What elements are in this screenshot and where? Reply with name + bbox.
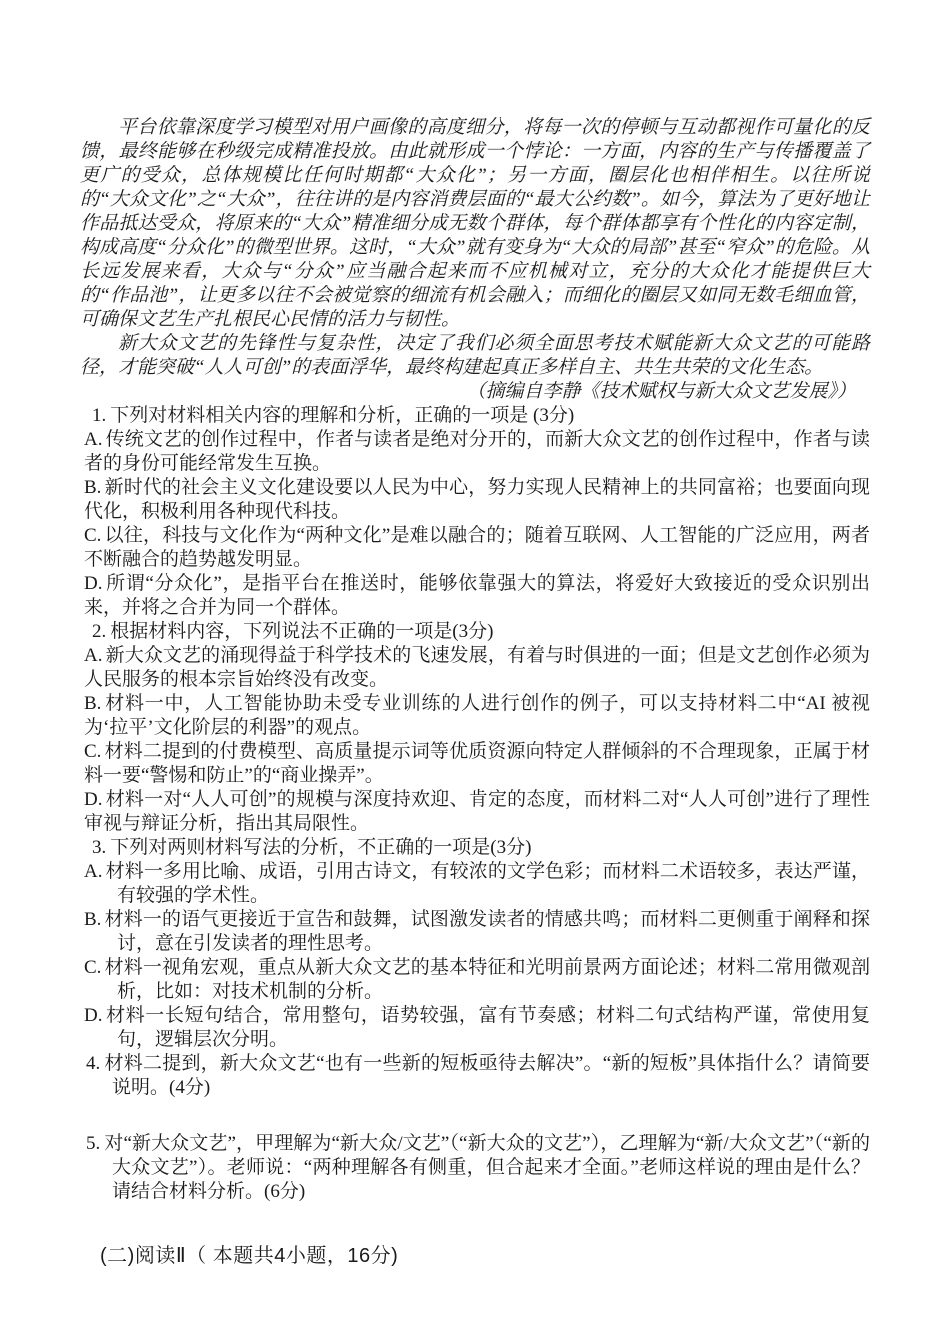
- option-text: 以往，科技与文化作为“两种文化”是难以融合的；随着互联网、人工智能的广泛应用，两…: [84, 525, 870, 570]
- option-text: 材料一多用比喻、成语，引用古诗文，有较浓的文学色彩；而材料二术语较多，表达严谨，…: [105, 861, 870, 906]
- option-text: 材料二提到的付费模型、高质量提示词等优质资源向特定人群倾斜的不合理现象，正属于材…: [84, 741, 870, 786]
- question-2-stem-text: 根据材料内容，下列说法不正确的一项是(3分): [110, 621, 493, 642]
- option-label-c: C.: [84, 525, 101, 546]
- material-paragraph-2: 新大众文艺的先锋性与复杂性，决定了我们必须全面思考技术赋能新大众文艺的可能路径，…: [80, 332, 870, 380]
- source-attribution: （摘编自李静《技术赋权与新大众文艺发展》）: [80, 380, 870, 404]
- question-5-number: 5.: [86, 1133, 100, 1154]
- question-1-stem: 1.下列对材料相关内容的理解和分析，正确的一项是 (3分): [92, 404, 870, 428]
- option-text: 新大众文艺的涌现得益于科学技术的飞速发展，有着与时俱进的一面；但是文艺创作必须为…: [84, 645, 870, 690]
- option-text: 材料一视角宏观，重点从新大众文艺的基本特征和光明前景两方面论述；材料二常用微观剖…: [104, 957, 870, 1002]
- question-5: 5.对“新大众文艺”，甲理解为“新大众/文艺”（“新大众的文艺”），乙理解为“新…: [86, 1132, 870, 1204]
- question-3-stem-text: 下列对两则材料写法的分析，不正确的一项是(3分): [110, 837, 531, 858]
- section-heading-reading-2: (二)阅读Ⅱ（ 本题共4小题，16分): [100, 1244, 870, 1268]
- option-text: 材料一对“人人可创”的规模与深度持欢迎、肯定的态度，而材料二对“人人可创”进行了…: [84, 789, 870, 834]
- question-2-stem: 2.根据材料内容，下列说法不正确的一项是(3分): [92, 620, 870, 644]
- option-text: 新时代的社会主义文化建设要以人民为中心，努力实现人民精神上的共同富裕；也要面向现…: [84, 477, 870, 522]
- option-label-c: C.: [84, 957, 101, 978]
- option-label-d: D.: [84, 1005, 102, 1026]
- option-text: 材料一的语气更接近于宣告和鼓舞，试图激发读者的情感共鸣；而材料二更侧重于阐释和探…: [104, 909, 870, 954]
- question-1-number: 1.: [92, 405, 106, 426]
- question-2-number: 2.: [92, 621, 106, 642]
- question-5-stem-text: 对“新大众文艺”，甲理解为“新大众/文艺”（“新大众的文艺”），乙理解为“新/大…: [104, 1133, 870, 1202]
- question-2-option-a: A.新大众文艺的涌现得益于科学技术的飞速发展，有着与时俱进的一面；但是文艺创作必…: [84, 644, 870, 692]
- question-1-option-b: B.新时代的社会主义文化建设要以人民为中心，努力实现人民精神上的共同富裕；也要面…: [84, 476, 870, 524]
- question-1-option-a: A.传统文艺的创作过程中，作者与读者是绝对分开的，而新大众文艺的创作过程中，作者…: [84, 428, 870, 476]
- question-3-stem: 3.下列对两则材料写法的分析，不正确的一项是(3分): [92, 836, 870, 860]
- question-4-stem-text: 材料二提到，新大众文艺“也有一些新的短板亟待去解决”。“新的短板”具体指什么？请…: [104, 1053, 870, 1098]
- question-4-number: 4.: [86, 1053, 100, 1074]
- option-label-a: A.: [84, 861, 102, 882]
- option-label-a: A.: [84, 645, 102, 666]
- option-label-a: A.: [84, 429, 102, 450]
- option-label-b: B.: [84, 693, 101, 714]
- question-2-option-c: C.材料二提到的付费模型、高质量提示词等优质资源向特定人群倾斜的不合理现象，正属…: [84, 740, 870, 788]
- question-4: 4.材料二提到，新大众文艺“也有一些新的短板亟待去解决”。“新的短板”具体指什么…: [86, 1052, 870, 1100]
- material-passage: 平台依靠深度学习模型对用户画像的高度细分，将每一次的停顿与互动都视作可量化的反馈…: [80, 116, 870, 404]
- question-2-option-d: D.材料一对“人人可创”的规模与深度持欢迎、肯定的态度，而材料二对“人人可创”进…: [84, 788, 870, 836]
- option-label-d: D.: [84, 789, 102, 810]
- option-text: 材料一中，人工智能协助未受专业训练的人进行创作的例子，可以支持材料二中“AI 被…: [84, 693, 870, 738]
- option-label-b: B.: [84, 909, 101, 930]
- option-label-c: C.: [84, 741, 101, 762]
- option-text: 所谓“分众化”，是指平台在推送时，能够依靠强大的算法，将爱好大致接近的受众识别出…: [84, 573, 870, 618]
- question-3-option-a: A.材料一多用比喻、成语，引用古诗文，有较浓的文学色彩；而材料二术语较多，表达严…: [84, 860, 870, 908]
- question-3-option-c: C.材料一视角宏观，重点从新大众文艺的基本特征和光明前景两方面论述；材料二常用微…: [84, 956, 870, 1004]
- question-1-stem-text: 下列对材料相关内容的理解和分析，正确的一项是 (3分): [110, 405, 574, 426]
- question-2-option-b: B.材料一中，人工智能协助未受专业训练的人进行创作的例子，可以支持材料二中“AI…: [84, 692, 870, 740]
- question-1: 1.下列对材料相关内容的理解和分析，正确的一项是 (3分) A.传统文艺的创作过…: [80, 404, 870, 620]
- option-label-d: D.: [84, 573, 102, 594]
- question-3: 3.下列对两则材料写法的分析，不正确的一项是(3分) A.材料一多用比喻、成语，…: [80, 836, 870, 1052]
- option-text: 传统文艺的创作过程中，作者与读者是绝对分开的，而新大众文艺的创作过程中，作者与读…: [84, 429, 870, 474]
- question-2: 2.根据材料内容，下列说法不正确的一项是(3分) A.新大众文艺的涌现得益于科学…: [80, 620, 870, 836]
- exam-page: 平台依靠深度学习模型对用户画像的高度细分，将每一次的停顿与互动都视作可量化的反馈…: [0, 0, 950, 1344]
- option-text: 材料一长短句结合，常用整句，语势较强，富有节奏感；材料二句式结构严谨，常使用复句…: [105, 1005, 870, 1050]
- question-3-option-d: D.材料一长短句结合，常用整句，语势较强，富有节奏感；材料二句式结构严谨，常使用…: [84, 1004, 870, 1052]
- question-1-option-c: C.以往，科技与文化作为“两种文化”是难以融合的；随着互联网、人工智能的广泛应用…: [84, 524, 870, 572]
- option-label-b: B.: [84, 477, 101, 498]
- question-1-option-d: D.所谓“分众化”，是指平台在推送时，能够依靠强大的算法，将爱好大致接近的受众识…: [84, 572, 870, 620]
- material-paragraph-1: 平台依靠深度学习模型对用户画像的高度细分，将每一次的停顿与互动都视作可量化的反馈…: [80, 116, 870, 332]
- blank-space: [80, 1100, 870, 1132]
- question-3-option-b: B.材料一的语气更接近于宣告和鼓舞，试图激发读者的情感共鸣；而材料二更侧重于阐释…: [84, 908, 870, 956]
- blank-space: [80, 1204, 870, 1244]
- question-3-number: 3.: [92, 837, 106, 858]
